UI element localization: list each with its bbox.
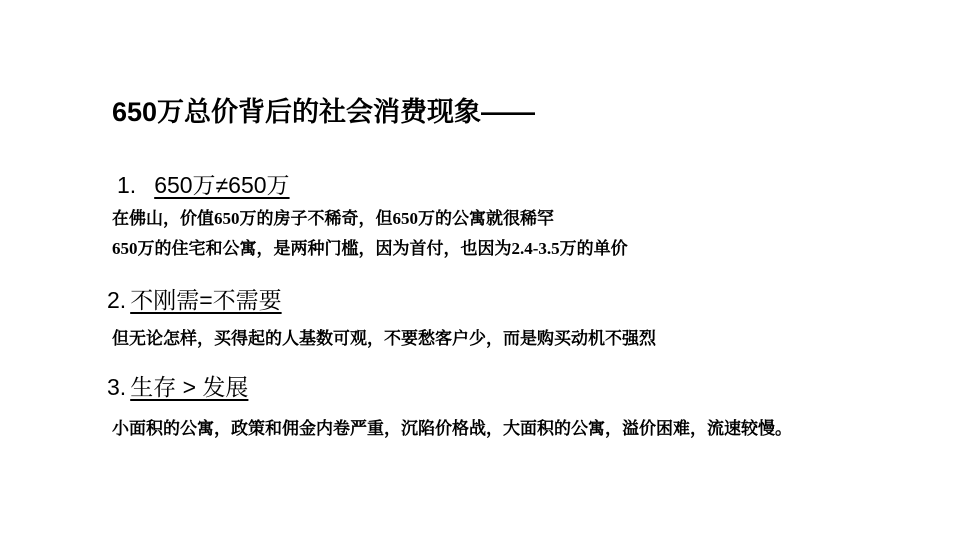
section-3-body-line-1: 小面积的公寓，政策和佣金内卷严重，沉陷价格战，大面积的公寓，溢价困难，流速较慢。: [112, 414, 792, 444]
section-2-heading-text: 不刚需=不需要: [130, 287, 281, 313]
section-1-body-line-1: 在佛山，价值650万的房子不稀奇，但650万的公寓就很稀罕: [112, 204, 628, 234]
section-2-body: 但无论怎样，买得起的人基数可观，不要愁客户少，而是购买动机不强烈: [112, 324, 656, 354]
section-1-body-line-2: 650万的住宅和公寓，是两种门槛，因为首付，也因为2.4-3.5万的单价: [112, 234, 628, 264]
section-2-body-line-1: 但无论怎样，买得起的人基数可观，不要愁客户少，而是购买动机不强烈: [112, 324, 656, 354]
section-1-heading-text: 650万≠650万: [154, 172, 289, 198]
presentation-slide: 650万总价背后的社会消费现象—— 1.650万≠650万 在佛山，价值650万…: [0, 0, 960, 540]
section-3-number: 3.: [107, 374, 126, 400]
slide-title: 650万总价背后的社会消费现象——: [112, 97, 535, 128]
section-3-body: 小面积的公寓，政策和佣金内卷严重，沉陷价格战，大面积的公寓，溢价困难，流速较慢。: [112, 414, 792, 444]
section-3-heading-text: 生存 > 发展: [130, 374, 248, 400]
section-1-heading: 1.650万≠650万: [112, 172, 290, 199]
section-1-number: 1.: [117, 172, 136, 198]
section-3-heading: 3.生存 > 发展: [107, 374, 248, 401]
section-1-body: 在佛山，价值650万的房子不稀奇，但650万的公寓就很稀罕 650万的住宅和公寓…: [112, 204, 628, 264]
section-2-heading: 2.不刚需=不需要: [107, 287, 282, 314]
section-2-number: 2.: [107, 287, 126, 313]
